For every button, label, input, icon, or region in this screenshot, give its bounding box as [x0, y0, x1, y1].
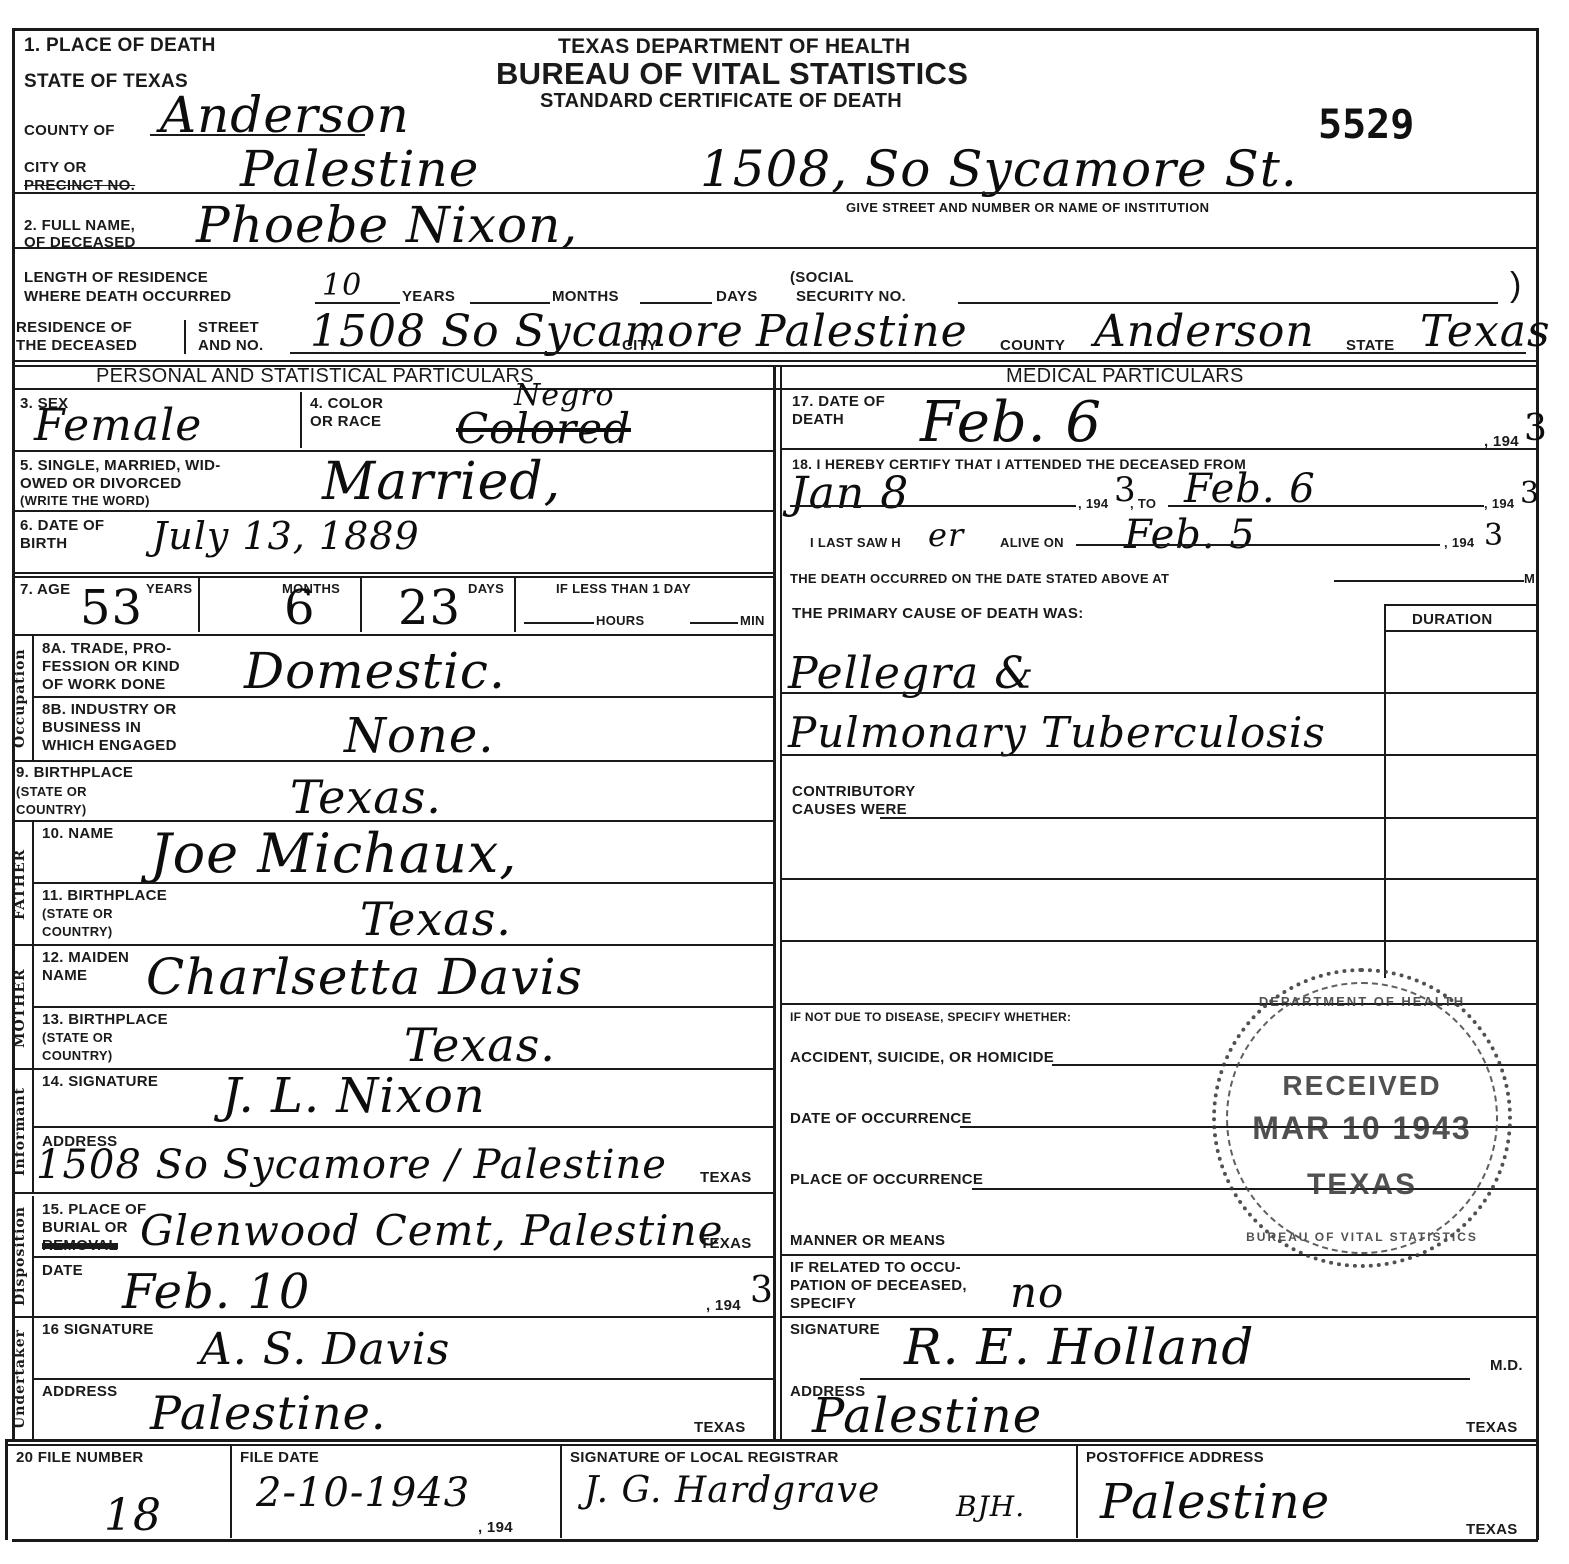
dod-year-digit[interactable]: 3 [1524, 408, 1548, 449]
street-hint: GIVE STREET AND NUMBER OR NAME OF INSTIT… [846, 201, 1209, 215]
less-than-day-label: IF LESS THAN 1 DAY [556, 582, 691, 596]
residence-brace [184, 320, 186, 354]
undertaker-sig-label: 16 SIGNATURE [42, 1322, 154, 1338]
burial-date-value[interactable]: Feb. 10 [122, 1264, 310, 1320]
alive-on-label: ALIVE ON [1000, 536, 1064, 550]
informant-texas-label: TEXAS [700, 1170, 752, 1186]
months-label: MONTHS [552, 289, 619, 305]
postoffice-texas-label: TEXAS [1466, 1522, 1518, 1538]
mother-side-label: MOTHER [12, 946, 32, 1070]
bureau-title: BUREAU OF VITAL STATISTICS [496, 58, 968, 91]
primary-cause-label: THE PRIMARY CAUSE OF DEATH WAS: [792, 606, 1084, 622]
residence-county-value[interactable]: Anderson [1094, 306, 1315, 357]
industry-value[interactable]: None. [344, 708, 494, 764]
city-underline [14, 192, 1536, 194]
father-side-label: FATHER [12, 822, 32, 946]
mother-side-divider [32, 946, 34, 1070]
manner-label: MANNER OR MEANS [790, 1233, 945, 1249]
street-label-2: AND NO. [198, 338, 263, 354]
last-saw-date[interactable]: Feb. 5 [1124, 512, 1256, 558]
years-line [315, 302, 400, 304]
mother-birthplace-label-2: (STATE OR [42, 1031, 113, 1045]
dob-rule [14, 572, 774, 574]
footer-left-border [5, 1440, 8, 1540]
industry-label-1: 8B. INDUSTRY OR [42, 702, 177, 718]
physician-signature-line [860, 1378, 1470, 1380]
father-birthplace-value[interactable]: Texas. [360, 892, 512, 946]
burial-label-2: BURIAL OR [42, 1220, 128, 1236]
registrar-value[interactable]: J. G. Hardgrave [584, 1470, 880, 1511]
footer-right-border [1536, 1440, 1539, 1540]
mother-birthplace-label-3: COUNTRY) [42, 1049, 113, 1063]
birthplace-label-3: COUNTRY) [16, 803, 87, 817]
mother-name-rule [32, 1006, 774, 1008]
dob-label-2: BIRTH [20, 536, 67, 552]
left-column-bottom-rule-2 [5, 1444, 1537, 1446]
duration-header-rule [1384, 630, 1536, 632]
trade-rule [32, 696, 774, 698]
informant-side-label: Informant [12, 1070, 32, 1194]
length-residence-label: LENGTH OF RESIDENCE [24, 270, 208, 286]
department-title: TEXAS DEPARTMENT OF HEALTH [558, 36, 910, 58]
place-occurrence-label: PLACE OF OCCURRENCE [790, 1172, 983, 1188]
undertaker-sig-value[interactable]: A. S. Davis [200, 1324, 450, 1375]
age-label: 7. AGE [20, 582, 70, 598]
residence-label-2: THE DECEASED [16, 338, 137, 354]
burial-label-1: 15. PLACE OF [42, 1202, 146, 1218]
dob-value[interactable]: July 13, 1889 [152, 514, 420, 558]
occupation-related-value[interactable]: no [1010, 1268, 1064, 1317]
months-line [470, 302, 550, 304]
age-divider-2 [360, 578, 362, 632]
residence-city-value[interactable]: Palestine [756, 306, 968, 357]
file-date-year-prefix: , 194 [478, 1520, 513, 1536]
father-birthplace-label-1: 11. BIRTHPLACE [42, 888, 167, 904]
undertaker-address-value[interactable]: Palestine. [150, 1386, 387, 1440]
informant-side-divider [32, 1070, 34, 1194]
undertaker-address-label: ADDRESS [42, 1384, 117, 1400]
dob-label-1: 6. DATE OF [20, 518, 104, 534]
last-saw-year[interactable]: 3 [1484, 518, 1504, 553]
mother-birthplace-label-1: 13. BIRTHPLACE [42, 1012, 168, 1028]
father-birthplace-label-3: COUNTRY) [42, 925, 113, 939]
marital-value[interactable]: Married, [322, 452, 561, 512]
disposition-rule [14, 1316, 774, 1318]
time-suffix: M. [1524, 572, 1539, 586]
mother-name-value[interactable]: Charlsetta Davis [146, 948, 583, 1006]
name-underline [14, 247, 1536, 249]
trade-label-1: 8A. TRADE, PRO- [42, 641, 172, 657]
contributory-label-2: CAUSES WERE [792, 802, 907, 818]
occupation-related-label-2: PATION OF DECEASED, [790, 1278, 967, 1294]
attended-from-line [790, 505, 1076, 507]
medical-section-title: MEDICAL PARTICULARS [1006, 366, 1244, 387]
postoffice-value[interactable]: Palestine [1100, 1474, 1330, 1530]
city-label: CITY OR [24, 160, 87, 176]
stamp-top-text: DEPARTMENT OF HEALTH [1216, 994, 1508, 1009]
occupation-related-label-3: SPECIFY [790, 1296, 856, 1312]
mother-name-label-2: NAME [42, 968, 87, 984]
days-line [640, 302, 712, 304]
trade-value[interactable]: Domestic. [244, 642, 506, 700]
min-line [690, 622, 738, 624]
industry-label-2: BUSINESS IN [42, 720, 141, 736]
postoffice-label: POSTOFFICE ADDRESS [1086, 1450, 1264, 1466]
attended-to-year-prefix: , 194 [1484, 497, 1514, 511]
not-disease-label: IF NOT DUE TO DISEASE, SPECIFY WHETHER: [790, 1011, 1071, 1024]
burial-value[interactable]: Glenwood Cemt, Palestine [140, 1206, 724, 1255]
duration-top-rule [1384, 604, 1536, 606]
burial-rule [32, 1256, 774, 1258]
informant-rule [14, 1192, 774, 1194]
physician-texas-label: TEXAS [1466, 1420, 1518, 1436]
father-birthplace-label-2: (STATE OR [42, 907, 113, 921]
footer-divider-3 [1076, 1446, 1078, 1538]
contributory-rule-2 [782, 878, 1536, 880]
undertaker-sig-rule [32, 1378, 774, 1380]
age-years-value[interactable]: 53 [80, 580, 143, 636]
full-name-label: 2. FULL NAME, [24, 218, 135, 234]
attended-from-value[interactable]: Jan 8 [790, 468, 909, 519]
birthplace-label-2: (STATE OR [16, 785, 87, 799]
to-label: , TO [1130, 497, 1156, 511]
residence-years-value[interactable]: 10 [322, 268, 362, 303]
disposition-side-label: Disposition [12, 1196, 32, 1316]
undertaker-side-label: Undertaker [12, 1318, 32, 1440]
street-value[interactable]: 1508, So Sycamore St. [700, 140, 1298, 198]
physician-address-value[interactable]: Palestine [812, 1388, 1042, 1444]
residence-street-value[interactable]: 1508 So Sycamore [310, 306, 744, 357]
min-label: MIN [740, 614, 765, 628]
attended-from-year-prefix: , 194 [1078, 497, 1108, 511]
file-date-label: FILE DATE [240, 1450, 319, 1466]
file-date-value[interactable]: 2-10-1943 [256, 1470, 470, 1516]
residence-bottom-rule [14, 360, 1536, 362]
informant-sig-value[interactable]: J. L. Nixon [222, 1068, 486, 1124]
hours-line [524, 622, 594, 624]
cause-rule-2 [782, 754, 1536, 756]
registrar-initials[interactable]: BJH. [956, 1490, 1025, 1523]
residence-state-value[interactable]: Texas [1420, 306, 1551, 357]
hours-label: HOURS [596, 614, 644, 628]
attended-to-year[interactable]: 3 [1520, 476, 1540, 511]
attended-to-line [1168, 505, 1484, 507]
occupation-side-divider [32, 636, 34, 760]
form-title: STANDARD CERTIFICATE OF DEATH [540, 91, 902, 112]
informant-sig-label: 14. SIGNATURE [42, 1074, 158, 1090]
place-of-death-label: 1. PLACE OF DEATH [24, 36, 216, 56]
father-side-divider [32, 822, 34, 946]
last-saw-label: I LAST SAW H [810, 536, 901, 550]
burial-year-digit[interactable]: 3 [750, 1270, 774, 1311]
dod-value[interactable]: Feb. 6 [920, 390, 1102, 455]
last-saw-pronoun[interactable]: er [928, 516, 964, 554]
physician-signature-label: SIGNATURE [790, 1322, 880, 1338]
father-name-label: 10. NAME [42, 826, 114, 842]
birthplace-value[interactable]: Texas. [290, 770, 442, 824]
city-value[interactable]: Palestine [240, 140, 479, 198]
md-label: M.D. [1490, 1358, 1523, 1374]
marital-label-3: (WRITE THE WORD) [20, 494, 150, 508]
duration-label: DURATION [1412, 612, 1492, 628]
last-saw-line [1076, 544, 1440, 546]
dod-rule [782, 448, 1536, 450]
where-death-label: WHERE DEATH OCCURRED [24, 289, 231, 305]
father-name-rule [32, 882, 774, 884]
sex-value[interactable]: Female [34, 400, 202, 451]
top-border [12, 28, 1538, 31]
burial-label-3: REMOVAL [42, 1238, 118, 1254]
age-days-value[interactable]: 23 [398, 580, 461, 636]
dod-label-1: 17. DATE OF [792, 394, 885, 410]
deceased-name-value[interactable]: Phoebe Nixon, [196, 196, 578, 254]
burial-year-prefix: , 194 [706, 1298, 741, 1314]
occupation-related-label-1: IF RELATED TO OCCU- [790, 1260, 961, 1276]
registrar-label: SIGNATURE OF LOCAL REGISTRAR [570, 1450, 839, 1466]
certificate-number: 5529 [1318, 102, 1414, 148]
stamp-date: MAR 10 1943 [1216, 1110, 1508, 1147]
age-divider-1 [198, 578, 200, 632]
burial-texas-label: TEXAS [700, 1236, 752, 1252]
county-underline [150, 134, 365, 136]
dob-rule-2 [14, 576, 774, 578]
marital-rule [14, 510, 774, 512]
race-label-1: 4. COLOR [310, 396, 383, 412]
county-label: COUNTY OF [24, 123, 115, 139]
father-rule [14, 944, 774, 946]
file-number-label: 20 FILE NUMBER [16, 1450, 144, 1466]
right-border [1536, 28, 1539, 1442]
mother-birthplace-value[interactable]: Texas. [404, 1018, 556, 1072]
stamp-bottom-text: BUREAU OF VITAL STATISTICS [1216, 1230, 1508, 1244]
last-saw-year-prefix: , 194 [1444, 536, 1474, 550]
trade-label-3: OF WORK DONE [42, 677, 166, 693]
contributory-rule-1 [880, 817, 1536, 819]
stamp-state: TEXAS [1216, 1168, 1508, 1202]
bottom-border [12, 1539, 1538, 1542]
ssn-line [958, 302, 1498, 304]
accident-label: ACCIDENT, SUICIDE, OR HOMICIDE [790, 1050, 1054, 1066]
age-divider-3 [514, 578, 516, 632]
duration-divider [1384, 604, 1386, 978]
ssn-label-2: SECURITY NO. [796, 289, 906, 305]
burial-date-label: DATE [42, 1263, 83, 1279]
contributory-label-1: CONTRIBUTORY [792, 784, 916, 800]
occupation-side-label: Occupation [12, 636, 32, 760]
undertaker-texas-label: TEXAS [694, 1420, 746, 1436]
received-stamp: DEPARTMENT OF HEALTH RECEIVED MAR 10 194… [1212, 968, 1512, 1268]
center-divider-2 [780, 366, 782, 1442]
date-occurrence-label: DATE OF OCCURRENCE [790, 1111, 972, 1127]
cause-rule-1 [782, 692, 1536, 694]
marital-label-1: 5. SINGLE, MARRIED, WID- [20, 458, 221, 474]
informant-sig-rule [32, 1126, 774, 1128]
time-line [1334, 580, 1524, 582]
time-label: THE DEATH OCCURRED ON THE DATE STATED AB… [790, 572, 1169, 586]
footer-divider-2 [560, 1446, 562, 1538]
days-label: DAYS [716, 289, 758, 305]
mother-name-label-1: 12. MAIDEN [42, 950, 129, 966]
footer-divider-1 [230, 1446, 232, 1538]
contributory-rule-3 [782, 940, 1536, 942]
marital-label-2: OWED OR DIVORCED [20, 476, 181, 492]
birthplace-label-1: 9. BIRTHPLACE [16, 765, 133, 781]
primary-cause-2[interactable]: Pulmonary Tuberculosis [788, 708, 1326, 757]
years-label: YEARS [402, 289, 455, 305]
trade-label-2: FESSION OR KIND [42, 659, 180, 675]
stamp-received: RECEIVED [1216, 1070, 1508, 1102]
physician-signature-value[interactable]: R. E. Holland [904, 1318, 1254, 1376]
file-number-value[interactable]: 18 [104, 1490, 162, 1541]
race-label-2: OR RACE [310, 414, 381, 430]
age-days-label: DAYS [468, 582, 504, 596]
left-column-bottom-rule [5, 1439, 1537, 1442]
age-months-value[interactable]: 6 [284, 580, 316, 636]
residence-label-1: RESIDENCE OF [16, 320, 132, 336]
residence-line [290, 352, 1526, 354]
industry-label-3: WHICH ENGAGED [42, 738, 177, 754]
informant-address-value[interactable]: 1508 So Sycamore / Palestine [36, 1142, 667, 1188]
ssn-close-paren: ) [1510, 266, 1521, 305]
father-name-value[interactable]: Joe Michaux, [150, 822, 517, 885]
personal-section-title: PERSONAL AND STATISTICAL PARTICULARS [96, 366, 534, 387]
dod-label-2: DEATH [792, 412, 844, 428]
age-years-label: YEARS [146, 582, 192, 596]
ssn-label-1: (SOCIAL [790, 270, 854, 286]
race-value-struck: Colored [456, 404, 631, 453]
industry-rule [14, 760, 774, 762]
sex-race-divider [300, 392, 302, 448]
age-rule [14, 634, 774, 636]
street-label-1: STREET [198, 320, 259, 336]
